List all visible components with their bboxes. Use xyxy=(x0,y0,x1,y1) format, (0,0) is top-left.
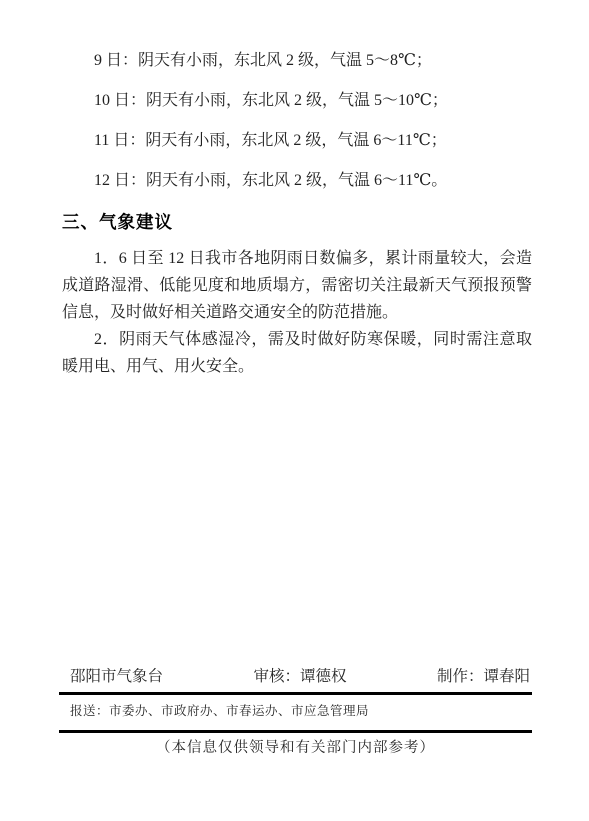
producer-label: 制作：谭春阳 xyxy=(437,666,530,687)
forecast-line-day9: 9 日：阴天有小雨，东北风 2 级，气温 5～8℃； xyxy=(62,51,532,71)
issuing-office: 邵阳市气象台 xyxy=(70,666,163,687)
document-body: 9 日：阴天有小雨，东北风 2 级，气温 5～8℃； 10 日：阴天有小雨，东北… xyxy=(62,0,532,380)
daily-forecast-section: 9 日：阴天有小雨，东北风 2 级，气温 5～8℃； 10 日：阴天有小雨，东北… xyxy=(62,51,532,191)
advice-section: 三、气象建议 1．6 日至 12 日我市各地阴雨日数偏多，累计雨量较大，会造成道… xyxy=(62,211,532,380)
reviewer-label: 审核：谭德权 xyxy=(253,666,346,687)
internal-reference-note: （本信息仅供领导和有关部门内部参考） xyxy=(59,739,532,758)
document-footer: 邵阳市气象台 审核：谭德权 制作：谭春阳 报送：市委办、市政府办、市春运办、市应… xyxy=(59,666,532,758)
forecast-line-day12: 12 日：阴天有小雨，东北风 2 级，气温 6～11℃。 xyxy=(62,171,532,191)
advice-paragraph-1: 1．6 日至 12 日我市各地阴雨日数偏多，累计雨量较大，会造成道路湿滑、低能见… xyxy=(62,245,532,326)
divider-rule-top xyxy=(59,692,532,695)
advice-paragraph-2: 2．阴雨天气体感湿冷，需及时做好防寒保暖，同时需注意取暖用电、用气、用火安全。 xyxy=(62,326,532,380)
distribution-line: 报送：市委办、市政府办、市春运办、市应急管理局 xyxy=(59,704,532,719)
forecast-line-day10: 10 日：阴天有小雨，东北风 2 级，气温 5～10℃； xyxy=(62,91,532,111)
signature-row: 邵阳市气象台 审核：谭德权 制作：谭春阳 xyxy=(59,666,532,687)
document-page: 9 日：阴天有小雨，东北风 2 级，气温 5～8℃； 10 日：阴天有小雨，东北… xyxy=(0,0,589,821)
forecast-line-day11: 11 日：阴天有小雨，东北风 2 级，气温 6～11℃； xyxy=(62,131,532,151)
section-heading: 三、气象建议 xyxy=(62,211,532,233)
divider-rule-bottom xyxy=(59,730,532,733)
